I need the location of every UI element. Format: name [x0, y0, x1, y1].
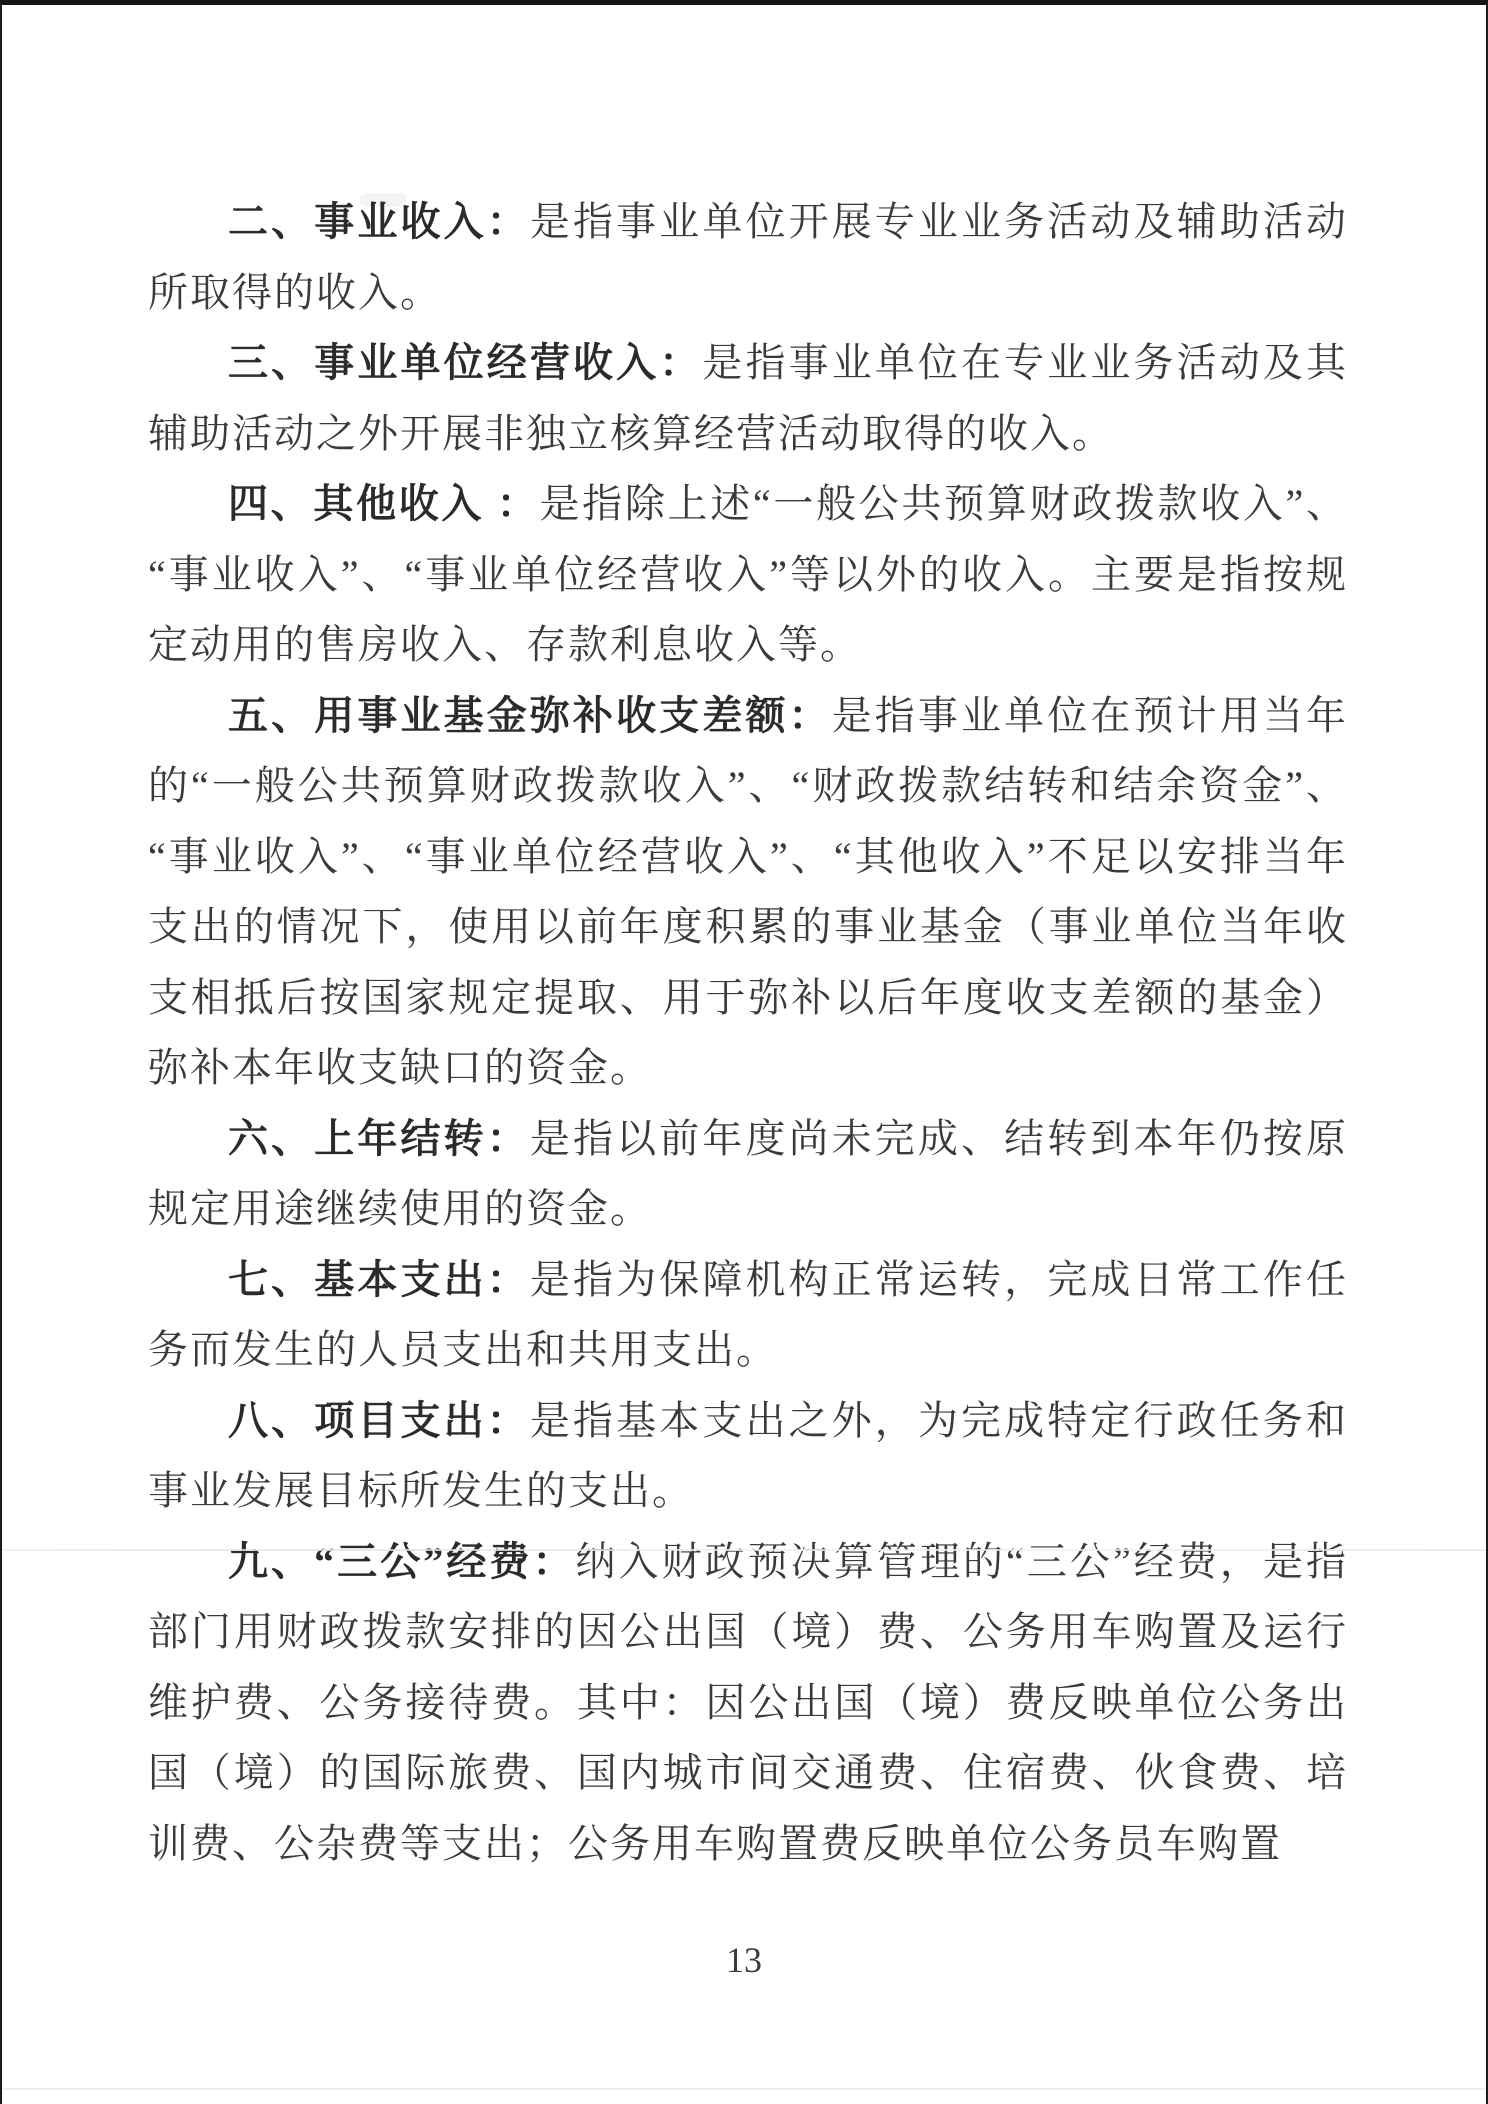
scan-artifact-line — [2, 2088, 1486, 2090]
scan-artifact-line — [2, 1549, 1486, 1551]
definition-paragraph: 五、用事业基金弥补收支差额：是指事业单位在预计用当年的“一般公共预算财政拨款收入… — [148, 681, 1348, 1104]
definition-paragraph: 九、“三公”经费：纳入财政预决算管理的“三公”经费，是指部门用财政拨款安排的因公… — [148, 1527, 1348, 1880]
definition-paragraph: 六、上年结转：是指以前年度尚未完成、结转到本年仍按原规定用途继续使用的资金。 — [148, 1104, 1348, 1245]
definition-term: 五、用事业基金弥补收支差额： — [228, 693, 832, 738]
document-body: 二、事业收入：是指事业单位开展专业业务活动及辅助活动所取得的收入。 三、事业单位… — [148, 187, 1348, 1879]
definition-paragraph: 二、事业收入：是指事业单位开展专业业务活动及辅助活动所取得的收入。 — [148, 187, 1348, 328]
definition-paragraph: 四、其他收入 ：是指除上述“一般公共预算财政拨款收入”、“事业收入”、“事业单位… — [148, 469, 1348, 681]
definition-term: 四、其他收入 ： — [228, 481, 539, 526]
definition-term: 九、“三公”经费： — [228, 1539, 576, 1584]
document-page: { "page": { "number": "13" }, "document"… — [0, 0, 1488, 2104]
definition-term: 八、项目支出： — [228, 1398, 530, 1443]
definition-paragraph: 三、事业单位经营收入：是指事业单位在专业业务活动及其辅助活动之外开展非独立核算经… — [148, 328, 1348, 469]
definition-term: 六、上年结转： — [228, 1116, 530, 1161]
definition-term: 二、事业收入： — [228, 199, 530, 244]
definition-term: 三、事业单位经营收入： — [228, 340, 702, 385]
definition-paragraph: 八、项目支出：是指基本支出之外，为完成特定行政任务和事业发展目标所发生的支出。 — [148, 1386, 1348, 1527]
definition-paragraph: 七、基本支出：是指为保障机构正常运转，完成日常工作任务而发生的人员支出和共用支出… — [148, 1245, 1348, 1386]
definition-term: 七、基本支出： — [228, 1257, 530, 1302]
page-number: 13 — [2, 1939, 1486, 1981]
definition-body: 是指事业单位在预计用当年的“一般公共预算财政拨款收入”、“财政拨款结转和结余资金… — [148, 693, 1348, 1091]
definition-body: 纳入财政预决算管理的“三公”经费，是指部门用财政拨款安排的因公出国（境）费、公务… — [148, 1539, 1348, 1866]
